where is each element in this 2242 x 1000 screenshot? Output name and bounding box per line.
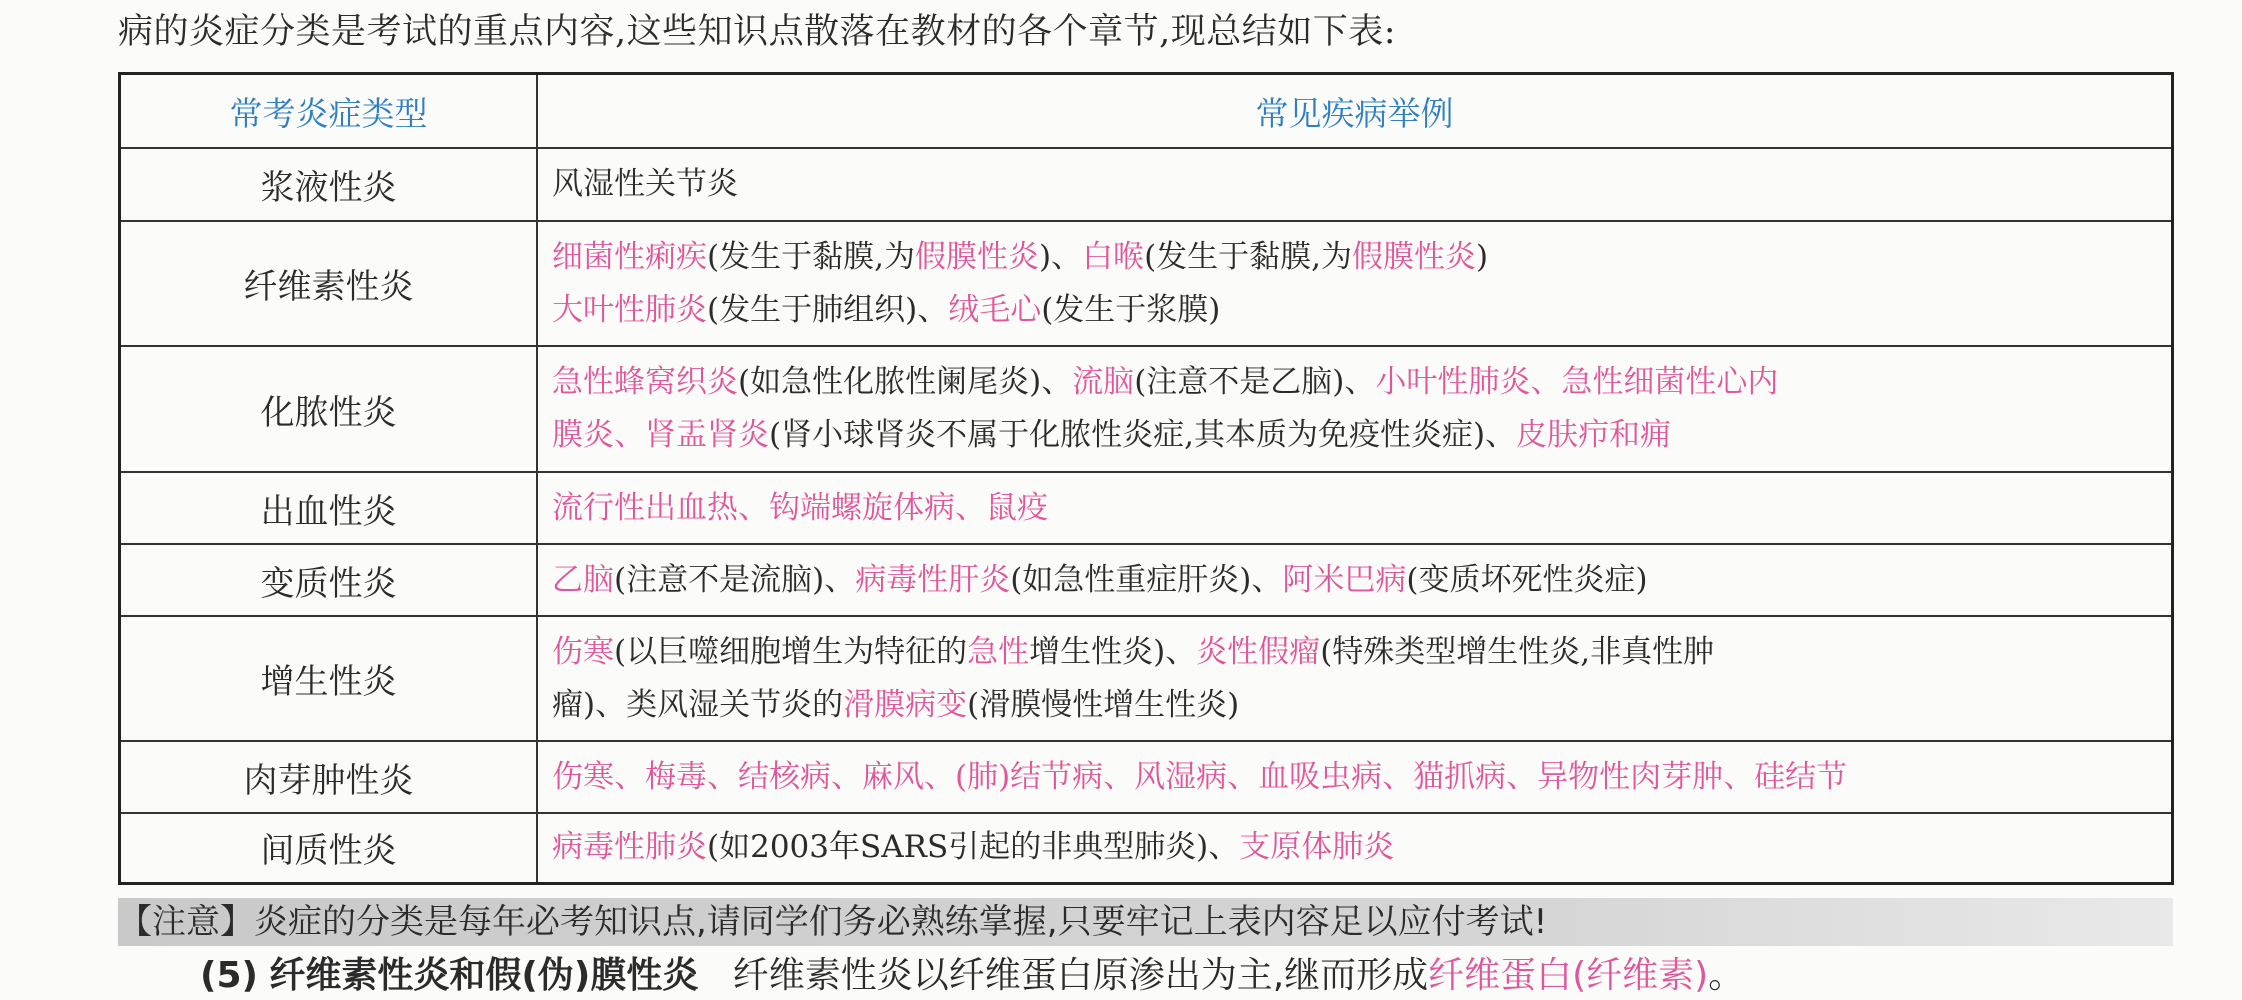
- highlighted-disease: 支原体肺炎: [1239, 829, 1394, 865]
- disease-examples: 流行性出血热、钩端螺旋体病、鼠疫: [537, 472, 2173, 544]
- example-text: )、: [1039, 239, 1082, 275]
- header-type: 常考炎症类型: [120, 74, 538, 149]
- example-text: (变质坏死性炎症): [1406, 562, 1647, 598]
- example-text: (滑膜慢性增生性炎): [967, 687, 1239, 723]
- example-line: 急性蜂窝织炎(如急性化脓性阑尾炎)、流脑(注意不是乙脑)、小叶性肺炎、急性细菌性…: [552, 356, 2171, 409]
- intro-paragraph: 病的炎症分类是考试的重点内容,这些知识点散落在教材的各个章节,现总结如下表:: [118, 8, 1396, 56]
- example-text: (特殊类型增生性炎,非真性肿: [1320, 634, 1714, 670]
- example-line: 乙脑(注意不是流脑)、病毒性肝炎(如急性重症肝炎)、阿米巴病(变质坏死性炎症): [552, 554, 2171, 607]
- inflammation-type: 增生性炎: [120, 616, 538, 741]
- table-row: 纤维素性炎细菌性痢疾(发生于黏膜,为假膜性炎)、白喉(发生于黏膜,为假膜性炎)大…: [120, 221, 2173, 346]
- note-box: 【注意】炎症的分类是每年必考知识点,请同学们务必熟练掌握,只要牢记上表内容足以应…: [118, 898, 2173, 946]
- section-text: 纤维素性炎以纤维蛋白原渗出为主,继而形成: [733, 955, 1428, 996]
- note-text: 炎症的分类是每年必考知识点,请同学们务必熟练掌握,只要牢记上表内容足以应付考试!: [254, 902, 1547, 942]
- table-row: 间质性炎病毒性肺炎(如2003年SARS引起的非典型肺炎)、支原体肺炎: [120, 813, 2173, 883]
- disease-examples: 伤寒、梅毒、结核病、麻风、(肺)结节病、风湿病、血吸虫病、猫抓病、异物性肉芽肿、…: [537, 741, 2173, 813]
- disease-examples: 伤寒(以巨噬细胞增生为特征的急性增生性炎)、炎性假瘤(特殊类型增生性炎,非真性肿…: [537, 616, 2173, 741]
- example-text: (以巨噬细胞增生为特征的: [614, 634, 967, 670]
- highlighted-disease: 流行性出血热、钩端螺旋体病、鼠疫: [552, 490, 1048, 526]
- example-text: 瘤)、类风湿关节炎的: [552, 687, 843, 723]
- highlighted-disease: 急性: [967, 634, 1029, 670]
- inflammation-type: 化脓性炎: [120, 346, 538, 472]
- highlighted-disease: 乙脑: [552, 562, 614, 598]
- inflammation-type: 间质性炎: [120, 813, 538, 883]
- disease-examples: 急性蜂窝织炎(如急性化脓性阑尾炎)、流脑(注意不是乙脑)、小叶性肺炎、急性细菌性…: [537, 346, 2173, 472]
- example-line: 大叶性肺炎(发生于肺组织)、绒毛心(发生于浆膜): [552, 284, 2171, 337]
- highlighted-disease: 病毒性肺炎: [552, 829, 707, 865]
- example-text: (注意不是乙脑)、: [1134, 364, 1375, 400]
- example-line: 膜炎、肾盂肾炎(肾小球肾炎不属于化脓性炎症,其本质为免疫性炎症)、皮肤疖和痈: [552, 409, 2171, 462]
- highlighted-disease: 炎性假瘤: [1196, 634, 1320, 670]
- example-line: 伤寒、梅毒、结核病、麻风、(肺)结节病、风湿病、血吸虫病、猫抓病、异物性肉芽肿、…: [552, 751, 2171, 804]
- highlighted-disease: 伤寒、梅毒、结核病、麻风、(肺)结节病、风湿病、血吸虫病、猫抓病、异物性肉芽肿、…: [552, 759, 1847, 795]
- inflammation-type: 肉芽肿性炎: [120, 741, 538, 813]
- table-row: 肉芽肿性炎伤寒、梅毒、结核病、麻风、(肺)结节病、风湿病、血吸虫病、猫抓病、异物…: [120, 741, 2173, 813]
- example-text: (发生于肺组织)、: [707, 292, 948, 328]
- highlighted-disease: 大叶性肺炎: [552, 292, 707, 328]
- highlighted-disease: 阿米巴病: [1282, 562, 1406, 598]
- table-row: 增生性炎伤寒(以巨噬细胞增生为特征的急性增生性炎)、炎性假瘤(特殊类型增生性炎,…: [120, 616, 2173, 741]
- section-highlight: 纤维蛋白(纤维素): [1428, 955, 1708, 996]
- inflammation-type: 变质性炎: [120, 544, 538, 616]
- table-row: 浆液性炎风湿性关节炎: [120, 148, 2173, 221]
- section-title: 纤维素性炎和假(伪)膜性炎: [269, 955, 698, 996]
- example-line: 流行性出血热、钩端螺旋体病、鼠疫: [552, 482, 2171, 535]
- example-text: (如急性重症肝炎)、: [1010, 562, 1282, 598]
- highlighted-disease: 伤寒: [552, 634, 614, 670]
- section-tail: 。: [1708, 955, 1744, 996]
- example-line: 风湿性关节炎: [552, 158, 2171, 211]
- header-examples: 常见疾病举例: [537, 74, 2173, 149]
- example-text: 风湿性关节炎: [552, 166, 738, 202]
- highlighted-disease: 细菌性痢疾: [552, 239, 707, 275]
- example-line: 伤寒(以巨噬细胞增生为特征的急性增生性炎)、炎性假瘤(特殊类型增生性炎,非真性肿: [552, 626, 2171, 679]
- example-text: ): [1476, 239, 1488, 275]
- highlighted-disease: 急性蜂窝织炎: [552, 364, 738, 400]
- example-text: (发生于浆膜): [1041, 292, 1220, 328]
- highlighted-disease: 假膜性炎: [915, 239, 1039, 275]
- section-5-paragraph: (5) 纤维素性炎和假(伪)膜性炎 纤维素性炎以纤维蛋白原渗出为主,继而形成纤维…: [200, 952, 1744, 1000]
- highlighted-disease: 膜炎、肾盂肾炎: [552, 417, 769, 453]
- example-text: (发生于黏膜,为: [707, 239, 915, 275]
- example-text: (肾小球肾炎不属于化脓性炎症,其本质为免疫性炎症)、: [769, 417, 1516, 453]
- inflammation-table: 常考炎症类型 常见疾病举例 浆液性炎风湿性关节炎纤维素性炎细菌性痢疾(发生于黏膜…: [118, 72, 2174, 885]
- highlighted-disease: 皮肤疖和痈: [1516, 417, 1671, 453]
- table-row: 化脓性炎急性蜂窝织炎(如急性化脓性阑尾炎)、流脑(注意不是乙脑)、小叶性肺炎、急…: [120, 346, 2173, 472]
- note-label: 【注意】: [118, 902, 254, 942]
- disease-examples: 细菌性痢疾(发生于黏膜,为假膜性炎)、白喉(发生于黏膜,为假膜性炎)大叶性肺炎(…: [537, 221, 2173, 346]
- highlighted-disease: 滑膜病变: [843, 687, 967, 723]
- disease-examples: 病毒性肺炎(如2003年SARS引起的非典型肺炎)、支原体肺炎: [537, 813, 2173, 883]
- inflammation-type: 浆液性炎: [120, 148, 538, 221]
- highlighted-disease: 白喉: [1082, 239, 1144, 275]
- example-line: 瘤)、类风湿关节炎的滑膜病变(滑膜慢性增生性炎): [552, 679, 2171, 732]
- example-text: (注意不是流脑)、: [614, 562, 855, 598]
- example-text: 增生性炎)、: [1029, 634, 1196, 670]
- example-text: (如急性化脓性阑尾炎)、: [738, 364, 1072, 400]
- example-text: (发生于黏膜,为: [1144, 239, 1352, 275]
- disease-examples: 风湿性关节炎: [537, 148, 2173, 221]
- disease-examples: 乙脑(注意不是流脑)、病毒性肝炎(如急性重症肝炎)、阿米巴病(变质坏死性炎症): [537, 544, 2173, 616]
- example-line: 细菌性痢疾(发生于黏膜,为假膜性炎)、白喉(发生于黏膜,为假膜性炎): [552, 231, 2171, 284]
- inflammation-type: 出血性炎: [120, 472, 538, 544]
- table-row: 出血性炎流行性出血热、钩端螺旋体病、鼠疫: [120, 472, 2173, 544]
- section-number: (5): [200, 955, 258, 996]
- table-row: 变质性炎乙脑(注意不是流脑)、病毒性肝炎(如急性重症肝炎)、阿米巴病(变质坏死性…: [120, 544, 2173, 616]
- highlighted-disease: 小叶性肺炎、急性细菌性心内: [1375, 364, 1778, 400]
- example-text: (如2003年SARS引起的非典型肺炎)、: [707, 829, 1239, 865]
- highlighted-disease: 绒毛心: [948, 292, 1041, 328]
- highlighted-disease: 病毒性肝炎: [855, 562, 1010, 598]
- highlighted-disease: 流脑: [1072, 364, 1134, 400]
- highlighted-disease: 假膜性炎: [1352, 239, 1476, 275]
- table-header-row: 常考炎症类型 常见疾病举例: [120, 74, 2173, 149]
- inflammation-type: 纤维素性炎: [120, 221, 538, 346]
- example-line: 病毒性肺炎(如2003年SARS引起的非典型肺炎)、支原体肺炎: [552, 821, 2171, 874]
